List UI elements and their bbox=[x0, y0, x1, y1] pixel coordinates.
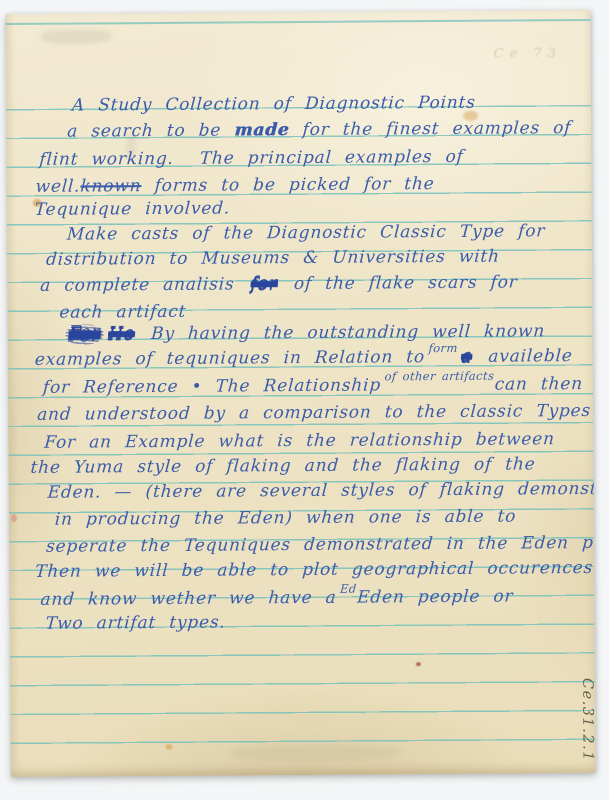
inserted-word: Ed bbox=[339, 577, 357, 601]
paper-sheet: Ce 73 A Study Collection of Diagnostic P… bbox=[5, 10, 595, 777]
handwriting-text: By having the outstanding well known bbox=[137, 321, 545, 344]
catalog-number: Ce.31.2.1 bbox=[579, 678, 596, 762]
handwriting-text: Eden. — (there are several styles of fla… bbox=[47, 479, 596, 503]
handwritten-line: Tequnique involved. bbox=[34, 196, 231, 221]
handwriting-text: Eden people or bbox=[357, 587, 514, 608]
inserted-word: of other artifacts bbox=[384, 364, 495, 389]
handwriting-text: and understood by a comparison to the cl… bbox=[37, 401, 592, 425]
handwritten-line: flint working.The principal examples of bbox=[39, 145, 465, 172]
handwriting-text: flint working. bbox=[39, 149, 175, 170]
handwriting-text: Two artifat types. bbox=[45, 613, 226, 634]
handwriting-text: Tequnique involved. bbox=[34, 198, 231, 219]
handwriting: A Study Collection of Diagnostic Pointsa… bbox=[5, 10, 595, 777]
scribbled-out-word: for bbox=[250, 274, 278, 294]
handwriting-text: distribution to Museums & Universities w… bbox=[45, 247, 500, 270]
handwritten-line: a search to be made for the finest examp… bbox=[66, 116, 572, 144]
handwriting-text: a complete analisis bbox=[40, 274, 249, 295]
handwriting-text: of the flake scars for bbox=[280, 272, 518, 294]
handwritten-line: in producing the Eden) when one is able … bbox=[54, 504, 517, 531]
handwriting-text: examples of tequniques in Relation to bbox=[34, 347, 425, 370]
handwritten-line: Eden. — (there are several styles of fla… bbox=[47, 477, 596, 505]
scribbled-out-word: Ho bbox=[108, 324, 136, 344]
handwriting-text: the Yuma style of flaking and the flakin… bbox=[30, 454, 536, 478]
handwriting-text: A Study Collection of Diagnostic Points bbox=[71, 93, 476, 116]
handwriting-text: in producing the Eden) when one is able … bbox=[54, 506, 517, 529]
handwriting-text: For an Example what is the relationship … bbox=[44, 429, 556, 453]
handwritten-line: ForHo By having the outstanding well kno… bbox=[63, 319, 546, 346]
handwritten-line: and know wether we have aEdEden people o… bbox=[40, 585, 514, 613]
handwriting-text: Make casts of the Diagnostic Classic Typ… bbox=[66, 221, 546, 244]
handwriting-text: forms to be picked for the bbox=[141, 174, 435, 196]
overwritten-word: made bbox=[234, 120, 290, 140]
handwritten-line: A Study Collection of Diagnostic Points bbox=[71, 91, 476, 118]
handwritten-line: distribution to Museums & Universities w… bbox=[45, 245, 500, 272]
handwriting-text: seperate the Tequniques demonstrated in … bbox=[45, 533, 595, 557]
handwritten-line: and understood by a comparison to the cl… bbox=[36, 399, 591, 427]
handwriting-text: and know wether we have a bbox=[40, 588, 337, 610]
handwriting-text: for the finest examples of bbox=[289, 118, 572, 140]
handwritten-line: the Yuma style of flaking and the flakin… bbox=[30, 452, 537, 480]
handwriting-text: a search to be bbox=[67, 120, 236, 141]
handwritten-line: seperate the Tequniques demonstrated in … bbox=[45, 531, 595, 559]
handwritten-line: Two artifat types. bbox=[45, 611, 227, 636]
handwriting-text: Then we will be able to plot geographica… bbox=[35, 558, 594, 582]
handwriting-text: each artifact bbox=[59, 302, 187, 323]
handwritten-line: Make casts of the Diagnostic Classic Typ… bbox=[66, 219, 546, 246]
inserted-word: form bbox=[428, 336, 459, 360]
handwritten-line: a complete analisis for of the flake sca… bbox=[39, 270, 518, 297]
scribbled-out-word: For bbox=[65, 324, 104, 344]
handwriting-text: for Reference • The Relationship bbox=[42, 375, 381, 397]
handwritten-line: well.known forms to be picked for the bbox=[35, 172, 436, 199]
handwritten-line: For an Example what is the relationship … bbox=[44, 427, 556, 455]
handwriting-text: The principal examples of bbox=[199, 147, 464, 169]
handwritten-line: Then we will be able to plot geographica… bbox=[34, 556, 593, 584]
handwriting-text: well. bbox=[35, 177, 81, 197]
struck-word: known bbox=[80, 176, 142, 196]
handwriting-text: can then be compared bbox=[494, 373, 596, 395]
scanned-document-page: { "document": { "kind": "handwritten-not… bbox=[0, 0, 609, 800]
handwritten-line: for Reference • The Relationshipof other… bbox=[42, 371, 595, 401]
